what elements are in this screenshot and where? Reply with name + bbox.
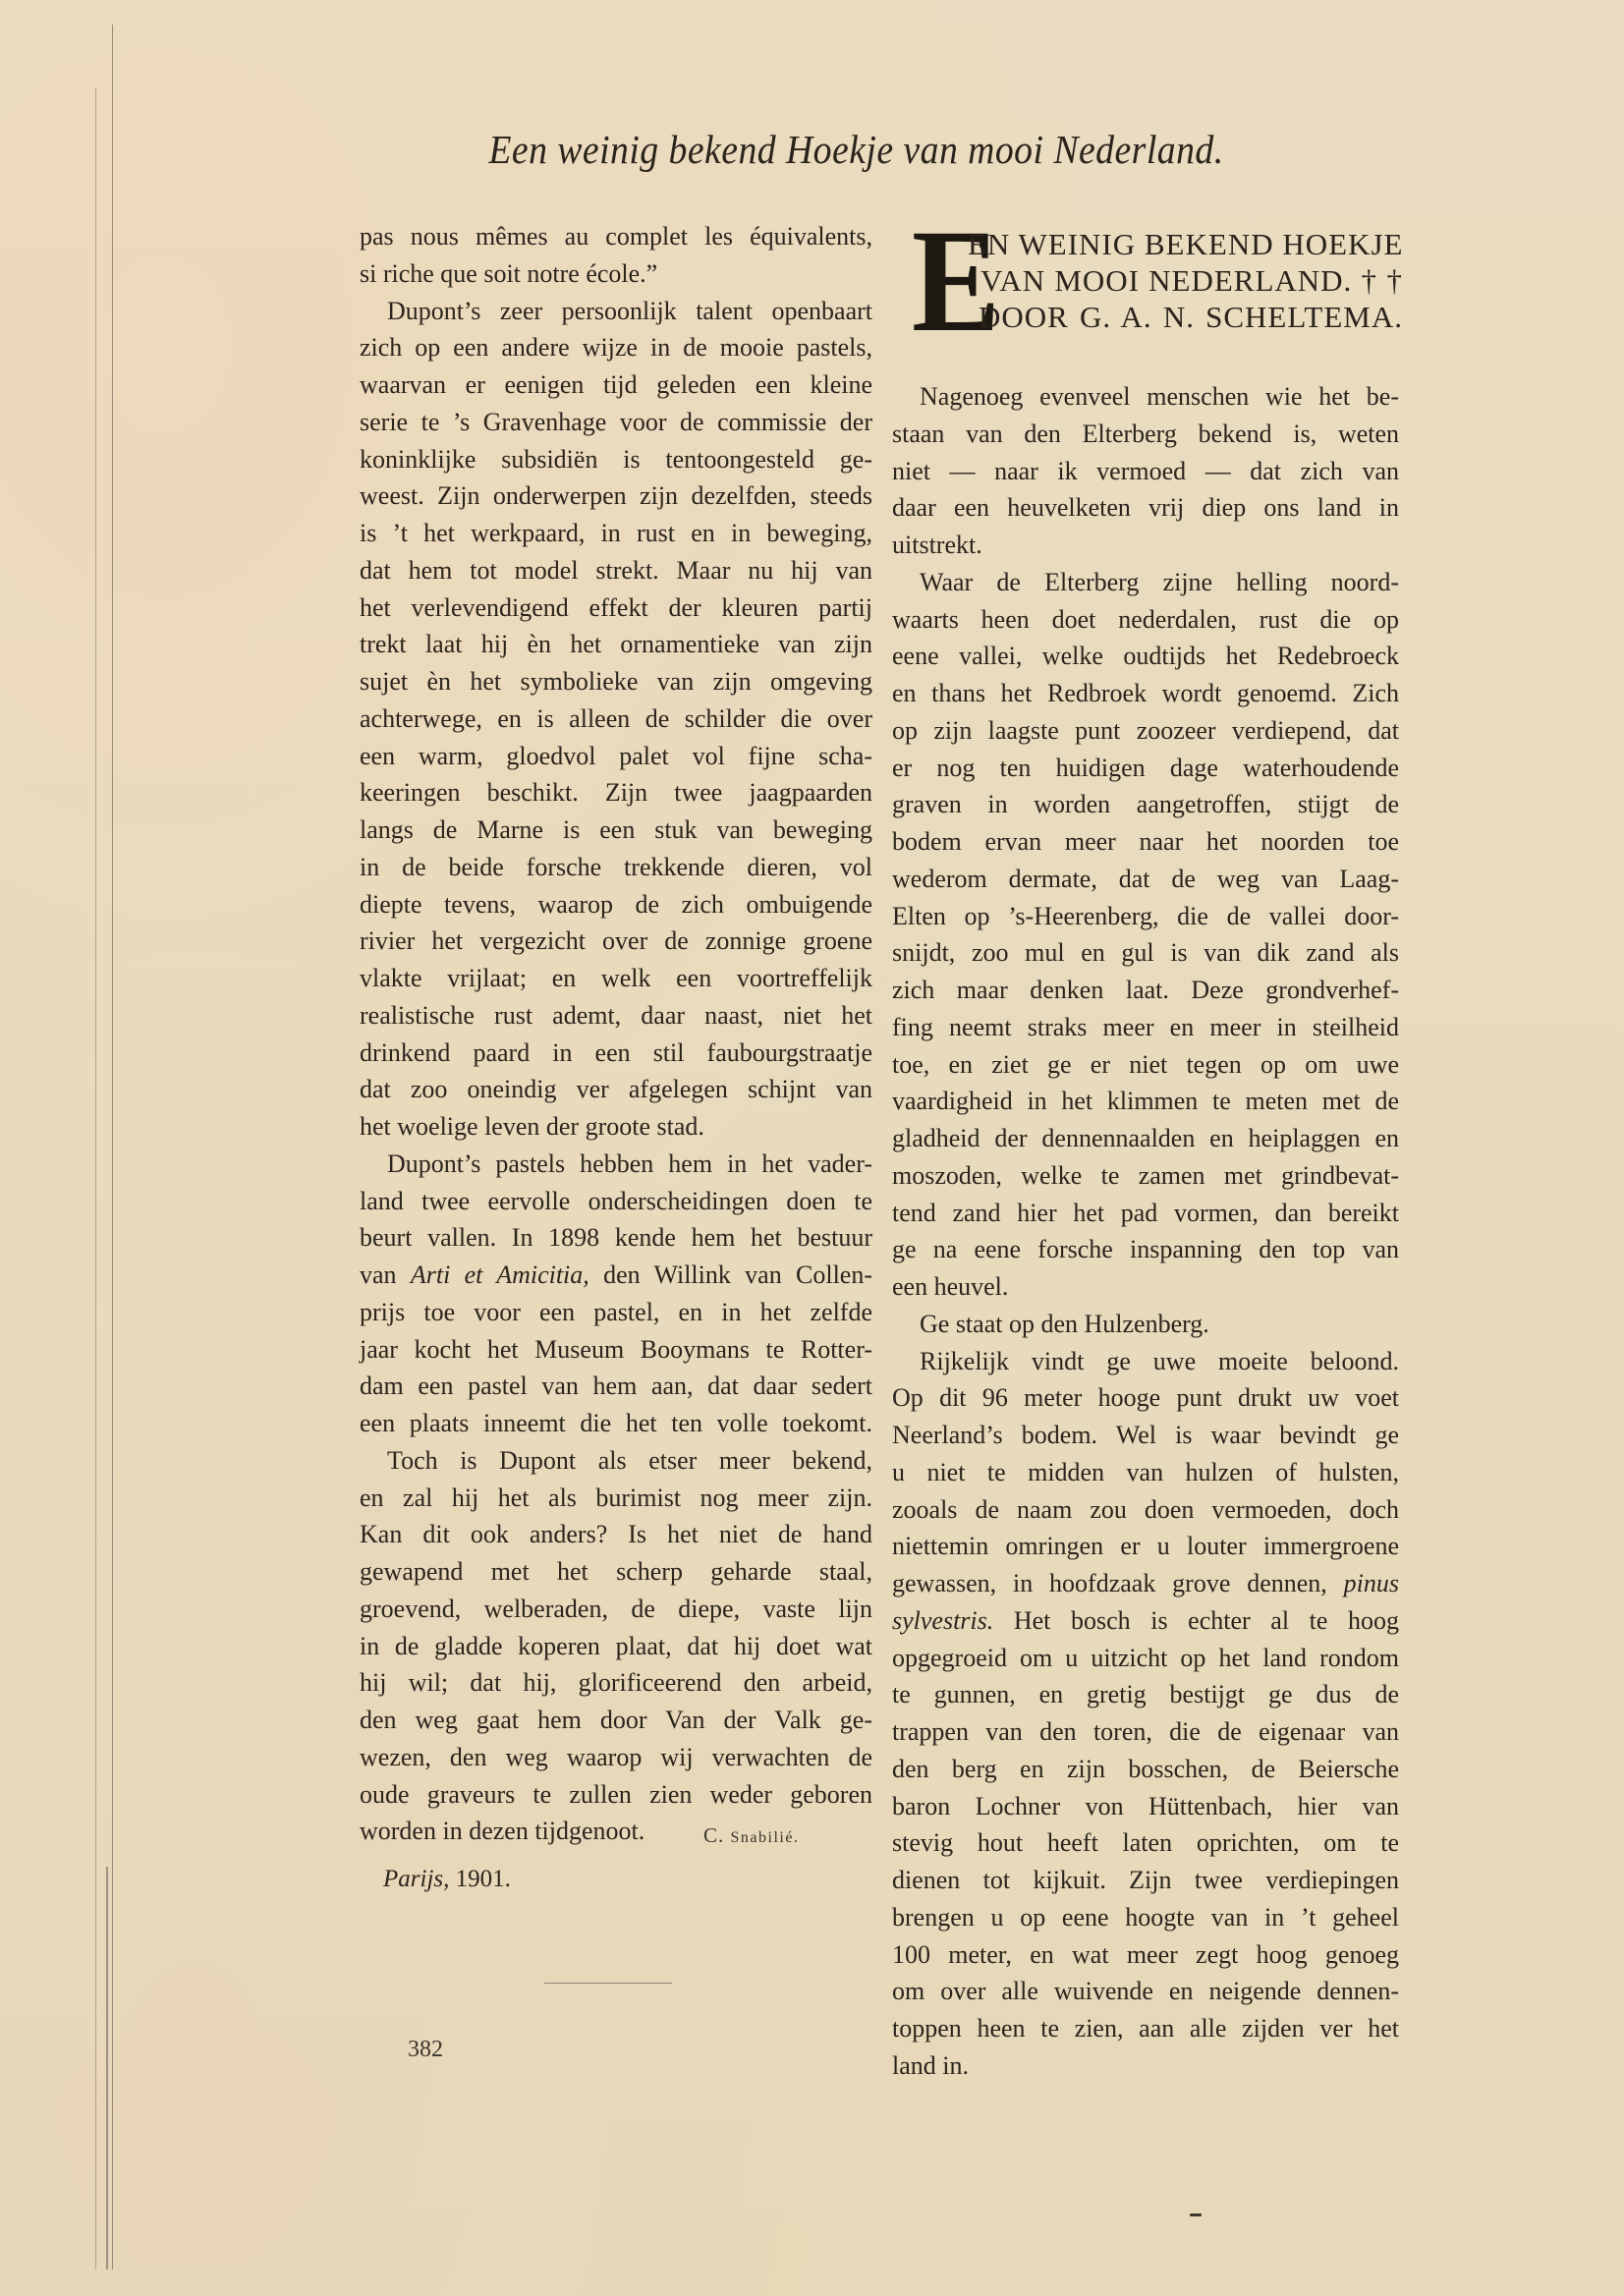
- text-line: daar een heuvelketen vrij diep ons land …: [892, 489, 1399, 527]
- text-line: hij wil; dat hij, glorificeerend den arb…: [360, 1664, 872, 1702]
- text-line: in de beide forsche trekkende dieren, vo…: [360, 849, 872, 886]
- paragraph-start-line: Dupont’s zeer persoonlijk talent openbaa…: [360, 293, 872, 330]
- text-line: snijdt, zoo mul en gul is van dik zand a…: [892, 934, 1399, 972]
- text-line: dienen tot kijkuit. Zijn twee verdieping…: [892, 1862, 1399, 1899]
- text-line: en thans het Redbroek wordt genoemd. Zic…: [892, 675, 1399, 712]
- text-fragment: gewassen, in hoofdzaak grove dennen,: [892, 1569, 1327, 1597]
- page-number: 382: [408, 2037, 443, 2063]
- text-fragment: den Willink van Collen-: [603, 1260, 872, 1289]
- text-line: den weg gaat hem door Van der Valk ge-: [360, 1702, 872, 1739]
- text-line: op zijn laagste punt zoozeer verdiepend,…: [892, 712, 1399, 750]
- text-line: toppen heen te zien, aan alle zijden ver…: [892, 2010, 1399, 2047]
- text-line: niet — naar ik vermoed — dat zich van: [892, 453, 1399, 490]
- text-line: trekt laat hij èn het ornamentieke van z…: [360, 626, 872, 663]
- text-fragment: Het bosch is echter al te hoog: [1014, 1606, 1399, 1635]
- section-divider: [544, 1983, 672, 1984]
- italic-society-name: Arti et Amicitia,: [411, 1260, 589, 1289]
- text-line: een warm, gloedvol palet vol fijne scha-: [360, 738, 872, 775]
- text-line: is ’t het werkpaard, in rust en in beweg…: [360, 515, 872, 552]
- text-line: land twee eervolle onderscheidingen doen…: [360, 1183, 872, 1220]
- text-line: om over alle wuivende en neigende dennen…: [892, 1973, 1399, 2010]
- binding-line: [106, 1867, 108, 2269]
- text-line: oude graveurs te zullen zien weder gebor…: [360, 1776, 872, 1814]
- text-line: 100 meter, en wat meer zegt hoog genoeg: [892, 1936, 1399, 1974]
- text-line: te gunnen, en gretig bestijgt ge dus de: [892, 1676, 1399, 1713]
- text-line: fing neemt straks meer en meer in steilh…: [892, 1009, 1399, 1046]
- paragraph-start-line: Ge staat op den Hulzenberg.: [892, 1306, 1399, 1343]
- text-line: brengen u op eene hoogte van in ’t gehee…: [892, 1899, 1399, 1936]
- text-fragment: van: [360, 1260, 411, 1289]
- text-line: tend zand hier het pad vormen, dan berei…: [892, 1195, 1399, 1232]
- text-line: vaardigheid in het klimmen te meten met …: [892, 1083, 1399, 1120]
- text-line: groevend, welberaden, de diepe, vaste li…: [360, 1591, 872, 1628]
- text-line: prijs toe voor een pastel, en in het zel…: [360, 1294, 872, 1331]
- text-line: een heuvel.: [892, 1268, 1399, 1306]
- text-line: dat zoo oneindig ver afgelegen schijnt v…: [360, 1071, 872, 1108]
- paragraph-start-line: Toch is Dupont als etser meer bekend,: [360, 1442, 872, 1480]
- left-column: pas nous mêmes au complet les équivalent…: [360, 218, 872, 1850]
- signature-initial: C.: [703, 1823, 731, 1847]
- text-line: keeringen beschikt. Zijn twee jaagpaarde…: [360, 774, 872, 812]
- text-line: drinkend paard in een stil faubourgstraa…: [360, 1035, 872, 1072]
- article-heading: E EN WEINIG BEKEND HOEKJE VAN MOOI NEDER…: [892, 218, 1399, 370]
- text-line: toe, en ziet ge er niet tegen op om uwe: [892, 1046, 1399, 1084]
- right-column: E EN WEINIG BEKEND HOEKJE VAN MOOI NEDER…: [892, 218, 1399, 2085]
- text-line: niettemin omringen er u louter immergroe…: [892, 1528, 1399, 1565]
- paragraph-start-line: Dupont’s pastels hebben hem in het vader…: [360, 1146, 872, 1183]
- text-line: graven in worden aangetroffen, stijgt de: [892, 786, 1399, 823]
- text-line: Kan dit ook anders? Is het niet de hand: [360, 1516, 872, 1553]
- paragraph-start-line: Waar de Elterberg zijne helling noord-: [892, 564, 1399, 601]
- paragraph-start-line: Nagenoeg evenveel menschen wie het be-: [892, 378, 1399, 416]
- text-line: realistische rust ademt, daar naast, nie…: [360, 997, 872, 1035]
- text-line: wezen, den weg waarop wij verwachten de: [360, 1739, 872, 1776]
- signature-name: Snabilié.: [731, 1829, 800, 1846]
- author-signature: C. Snabilié.: [703, 1823, 799, 1848]
- paper-speck: [1190, 2213, 1202, 2216]
- dateline: Parijs, 1901.: [383, 1866, 511, 1893]
- text-line: dam een pastel van hem aan, dat daar sed…: [360, 1368, 872, 1405]
- text-line: pas nous mêmes au complet les équivalent…: [360, 218, 872, 255]
- text-line: Neerland’s bodem. Wel is waar bevindt ge: [892, 1417, 1399, 1454]
- text-line: vlakte vrijlaat; en welk een voortreffel…: [360, 960, 872, 997]
- binding-line: [112, 25, 113, 2269]
- heading-line: VAN MOOI NEDERLAND. † †: [980, 262, 1403, 300]
- heading-byline: DOOR G. A. N. SCHELTEMA.: [979, 299, 1403, 336]
- heading-line: EN WEINIG BEKEND HOEKJE: [968, 226, 1403, 263]
- text-line: gladheid der dennennaalden en heiplaggen…: [892, 1120, 1399, 1157]
- text-line: en zal hij het als burimist nog meer zij…: [360, 1480, 872, 1517]
- text-line: een plaats inneemt die het ten volle toe…: [360, 1405, 872, 1442]
- text-line: het verlevendigend effekt der kleuren pa…: [360, 589, 872, 627]
- text-line: baron Lochner von Hüttenbach, hier van: [892, 1788, 1399, 1825]
- text-line: jaar kocht het Museum Booymans te Rotter…: [360, 1331, 872, 1369]
- running-title: Een weinig bekend Hoekje van mooi Nederl…: [109, 126, 1603, 173]
- text-line: trappen van den toren, die de eigenaar v…: [892, 1713, 1399, 1751]
- text-line: ge na eene forsche inspanning den top va…: [892, 1231, 1399, 1268]
- text-line: land in.: [892, 2047, 1399, 2085]
- text-line-with-italic: van Arti et Amicitia, den Willink van Co…: [360, 1257, 872, 1294]
- text-line: er nog ten huidigen dage waterhoudende: [892, 750, 1399, 787]
- text-line: achterwege, en is alleen de schilder die…: [360, 700, 872, 738]
- text-line: zich maar denken laat. Deze grondverhef-: [892, 972, 1399, 1009]
- text-line: wederom dermate, dat de weg van Laag-: [892, 861, 1399, 898]
- text-line: in de gladde koperen plaat, dat hij doet…: [360, 1628, 872, 1665]
- binding-line: [95, 88, 96, 2269]
- text-line: waarvan er eenigen tijd geleden een klei…: [360, 366, 872, 404]
- text-line: het woelige leven der groote stad.: [360, 1108, 872, 1146]
- paragraph-start-line: Rijkelijk vindt ge uwe moeite beloond.: [892, 1343, 1399, 1380]
- text-line: waarts heen doet nederdalen, rust die op: [892, 601, 1399, 639]
- text-line: Elten op ’s-Heerenberg, die de vallei do…: [892, 898, 1399, 935]
- text-line: dat hem tot model strekt. Maar nu hij va…: [360, 552, 872, 589]
- text-line-with-italic: gewassen, in hoofdzaak grove dennen, pin…: [892, 1565, 1399, 1602]
- text-line: u niet te midden van hulzen of hulsten,: [892, 1454, 1399, 1491]
- dateline-year: 1901.: [456, 1866, 511, 1892]
- text-line: weest. Zijn onderwerpen zijn dezelfden, …: [360, 477, 872, 515]
- text-line: langs de Marne is een stuk van beweging: [360, 812, 872, 849]
- text-line: moszoden, welke te zamen met grindbevat-: [892, 1157, 1399, 1195]
- text-line: sujet èn het symbolieke van zijn omgevin…: [360, 663, 872, 700]
- text-line: eene vallei, welke oudtijds het Redebroe…: [892, 638, 1399, 675]
- text-line: si riche que soit notre école.”: [360, 255, 872, 293]
- text-line: diepte tevens, waarop de zich ombuigende: [360, 886, 872, 924]
- italic-latin-name: pinus: [1344, 1569, 1399, 1597]
- page-sheet: Een weinig bekend Hoekje van mooi Nederl…: [0, 0, 1624, 2296]
- text-line: zooals de naam zou doen vermoeden, doch: [892, 1491, 1399, 1529]
- text-line: stevig hout heeft laten oprichten, om te: [892, 1824, 1399, 1862]
- text-line: staan van den Elterberg bekend is, weten: [892, 416, 1399, 453]
- text-line: zich op een andere wijze in de mooie pas…: [360, 329, 872, 366]
- text-line: bodem ervan meer naar het noorden toe: [892, 823, 1399, 861]
- text-line-with-italic: sylvestris. Het bosch is echter al te ho…: [892, 1602, 1399, 1640]
- dateline-place: Parijs,: [383, 1866, 449, 1892]
- text-line: den berg en zijn bosschen, de Beiersche: [892, 1751, 1399, 1788]
- text-line: koninklijke subsidiën is tentoongesteld …: [360, 441, 872, 478]
- article-body: Nagenoeg evenveel menschen wie het be- s…: [892, 378, 1399, 2085]
- text-line: gewapend met het scherp geharde staal,: [360, 1553, 872, 1591]
- text-line: beurt vallen. In 1898 kende hem het best…: [360, 1219, 872, 1257]
- text-line: rivier het vergezicht over de zonnige gr…: [360, 923, 872, 960]
- text-line: uitstrekt.: [892, 527, 1399, 564]
- text-line: Op dit 96 meter hooge punt drukt uw voet: [892, 1379, 1399, 1417]
- italic-latin-name: sylvestris.: [892, 1606, 993, 1635]
- text-line: opgegroeid om u uitzicht op het land ron…: [892, 1640, 1399, 1677]
- text-line: serie te ’s Gravenhage voor de commissie…: [360, 404, 872, 441]
